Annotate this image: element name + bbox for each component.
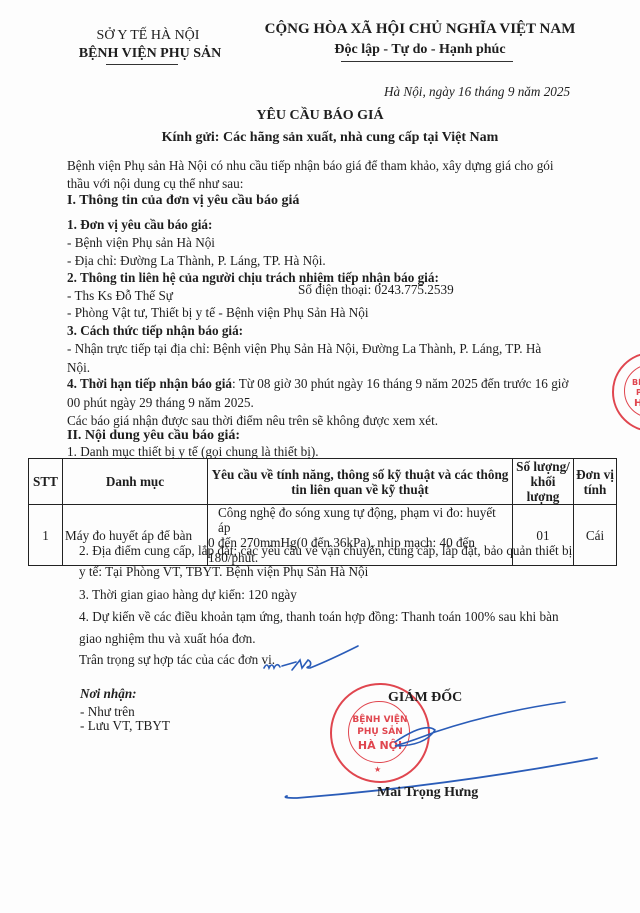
header-left-underline <box>106 64 178 65</box>
section-1-heading: I. Thông tin của đơn vị yêu cầu báo giá <box>67 193 299 209</box>
deadline-line-2: 00 phút ngày 29 tháng 9 năm 2025. <box>67 395 254 411</box>
seam-stamp-text: BỆ <box>632 378 640 387</box>
recipient-item: - Lưu VT, TBYT <box>80 718 170 734</box>
receiving-method-line-2: Nội. <box>67 360 90 376</box>
receiving-method-line-1: - Nhận trực tiếp tại địa chỉ: Bệnh viện … <box>67 341 541 357</box>
table-header-row: STT Danh mục Yêu cầu về tính năng, thông… <box>29 459 617 505</box>
section-1-item-1-heading: 1. Đơn vị yêu cầu báo giá: <box>67 217 212 233</box>
row-unit: Cái <box>574 505 617 566</box>
recipients-heading: Nơi nhận: <box>80 686 137 702</box>
section-2-item-2-line-2: y tế: Tại Phòng VT, TBYT. Bệnh viện Phụ … <box>79 564 368 580</box>
col-name: Danh mục <box>63 459 208 505</box>
contact-department: - Phòng Vật tư, Thiết bị y tế - Bệnh việ… <box>67 305 369 321</box>
col-stt: STT <box>29 459 63 505</box>
requester-name: - Bệnh viện Phụ sản Hà Nội <box>67 235 215 251</box>
header-right-underline <box>341 61 513 62</box>
initials-signature <box>262 650 362 680</box>
deadline-range: : Từ 08 giờ 30 phút ngày 16 tháng 9 năm … <box>232 376 568 391</box>
addressee: Kính gửi: Các hãng sản xuất, nhà cung cấ… <box>60 130 600 146</box>
row-stt: 1 <box>29 505 63 566</box>
intro-line-1: Bệnh viện Phụ sản Hà Nội có nhu cầu tiếp… <box>67 158 554 174</box>
col-unit: Đơn vịtính <box>574 459 617 505</box>
signer-name: Mai Trọng Hưng <box>377 785 478 801</box>
header-hospital-name: BỆNH VIỆN PHỤ SẢN <box>50 46 250 62</box>
section-2-item-3: 3. Thời gian giao hàng dự kiến: 120 ngày <box>79 587 297 603</box>
section-2-item-4-line-1: 4. Dự kiến về các điều khoản tạm ứng, th… <box>79 609 559 625</box>
col-qty: Số lượng/khối lượng <box>513 459 574 505</box>
document-title: YÊU CẦU BÁO GIÁ <box>180 108 460 124</box>
seam-stamp: BỆ P H <box>612 352 640 432</box>
seam-stamp-text: P <box>636 388 640 397</box>
intro-line-2: thầu với nội dung cụ thể như sau: <box>67 176 243 192</box>
header-department: SỞ Y TẾ HÀ NỘI <box>88 28 208 44</box>
section-1-item-3-heading: 3. Cách thức tiếp nhận báo giá: <box>67 323 243 339</box>
requester-address: - Địa chỉ: Đường La Thành, P. Láng, TP. … <box>67 253 326 269</box>
section-2-item-2-line-1: 2. Địa điểm cung cấp, lắp đặt; các yêu c… <box>79 543 572 559</box>
header-country: CỘNG HÒA XÃ HỘI CHỦ NGHĨA VIỆT NAM <box>260 21 580 38</box>
section-2-item-4-line-2: giao nghiệm thu và xuất hóa đơn. <box>79 631 256 647</box>
late-submission-note: Các báo giá nhận được sau thời điểm nêu … <box>67 413 438 429</box>
contact-phone: Số điện thoại: 0243.775.2539 <box>298 282 454 298</box>
date-line: Hà Nội, ngày 16 tháng 9 năm 2025 <box>384 84 570 100</box>
deadline-line-1: 4. Thời hạn tiếp nhận báo giá: Từ 08 giờ… <box>67 376 568 392</box>
col-spec: Yêu cầu về tính năng, thông số kỹ thuật … <box>208 459 513 505</box>
section-1-item-4-heading: 4. Thời hạn tiếp nhận báo giá <box>67 376 232 391</box>
header-motto: Độc lập - Tự do - Hạnh phúc <box>280 42 560 58</box>
contact-person: - Ths Ks Đỗ Thế Sự <box>67 288 173 304</box>
closing-line: Trân trọng sự hợp tác của các đơn vị. <box>79 652 275 668</box>
section-2-heading: II. Nội dung yêu cầu báo giá: <box>67 428 240 444</box>
seam-stamp-text: H <box>634 398 640 409</box>
